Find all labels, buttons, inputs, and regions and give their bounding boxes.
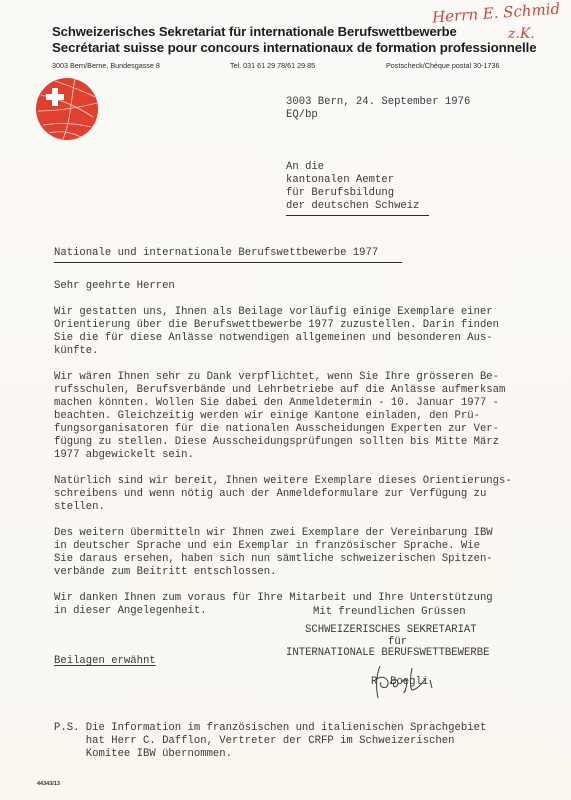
body-line: Des weitern übermitteln wir Ihnen zwei E…: [54, 527, 493, 540]
letterhead-phone: Tel. 031 61 29 78/61 29 85: [230, 61, 315, 70]
reference: EQ/bp: [286, 109, 318, 122]
salutation: Sehr geehrte Herren: [54, 280, 175, 293]
body-line: Orientierung über die Berufswettbewerbe …: [54, 319, 499, 332]
body-line: machen könnten. Wollen Sie dabei den Anm…: [54, 397, 499, 410]
letter-page: Schweizerisches Sekretariat für internat…: [0, 0, 571, 800]
body-line: stellen.: [54, 501, 105, 514]
letterhead-name-french: Secrétariat suisse pour concours interna…: [52, 40, 537, 55]
postscript-line: hat Herr C. Dafflon, Vertreter der CRFP …: [54, 735, 455, 748]
handwritten-addressee: Herrn E. Schmid: [432, 0, 561, 26]
body-line: fungsorganisatoren für die nationalen Au…: [54, 423, 499, 436]
body-line: Sie die für diese Anlässe notwendigen al…: [54, 332, 493, 345]
swiss-cross-globe-icon: [35, 77, 99, 141]
recipient-line: An die: [286, 161, 324, 174]
body-line: 1977 abgewickelt sein.: [54, 449, 194, 462]
form-code: 44343/13: [37, 781, 60, 787]
body-line: verbände zum Beitritt entschlossen.: [54, 566, 277, 579]
closing-org-line3: INTERNATIONALE BERUFSWETTBEWERBE: [286, 647, 489, 660]
place-date: 3003 Bern, 24. September 1976: [286, 96, 470, 109]
signatory-name: R. Boegli: [371, 676, 428, 689]
body-line: fügung zu stellen. Diese Ausscheidungspr…: [54, 436, 499, 449]
subject-line: Nationale und internationale Berufswettb…: [54, 247, 378, 260]
body-line: in dieser Angelegenheit.: [54, 605, 207, 618]
enclosures-note: Beilagen erwähnt: [54, 655, 156, 668]
letterhead-name-german: Schweizerisches Sekretariat für internat…: [52, 24, 457, 39]
letterhead-address: 3003 Bern/Berne, Bundesgasse 8: [52, 61, 160, 70]
postscript-line: P.S. Die Information im französischen un…: [54, 722, 486, 735]
letterhead-postal-account: Postscheck/Chèque postal 30-1736: [386, 61, 499, 70]
body-line: Sie daraus ersehen, haben sich nun sämtl…: [54, 553, 493, 566]
subject-divider: [54, 262, 402, 263]
recipient-line: der deutschen Schweiz: [286, 200, 420, 213]
recipient-divider: [286, 215, 429, 216]
closing-greeting: Mit freundlichen Grüssen: [313, 606, 466, 619]
body-line: beachten. Gleichzeitig werden wir einige…: [54, 410, 480, 423]
handwritten-note-zk: z.K.: [508, 26, 535, 42]
body-line: Wir gestatten uns, Ihnen als Beilage vor…: [54, 306, 493, 319]
body-line: schreibens und wenn nötig auch der Anmel…: [54, 488, 486, 501]
body-line: Wir danken Ihnen zum voraus für Ihre Mit…: [54, 592, 493, 605]
body-line: rufsschulen, Berufsverbände und Lehrbetr…: [54, 384, 505, 397]
body-line: Wir wären Ihnen sehr zu Dank verpflichte…: [54, 371, 499, 384]
postscript-line: Komitee IBW übernommen.: [54, 748, 232, 761]
recipient-line: für Berufsbildung: [286, 187, 394, 200]
body-line: in deutscher Sprache und ein Exemplar in…: [54, 540, 480, 553]
body-line: Natürlich sind wir bereit, Ihnen weitere…: [54, 475, 512, 488]
recipient-line: kantonalen Aemter: [286, 174, 394, 187]
body-line: künfte.: [54, 345, 99, 358]
